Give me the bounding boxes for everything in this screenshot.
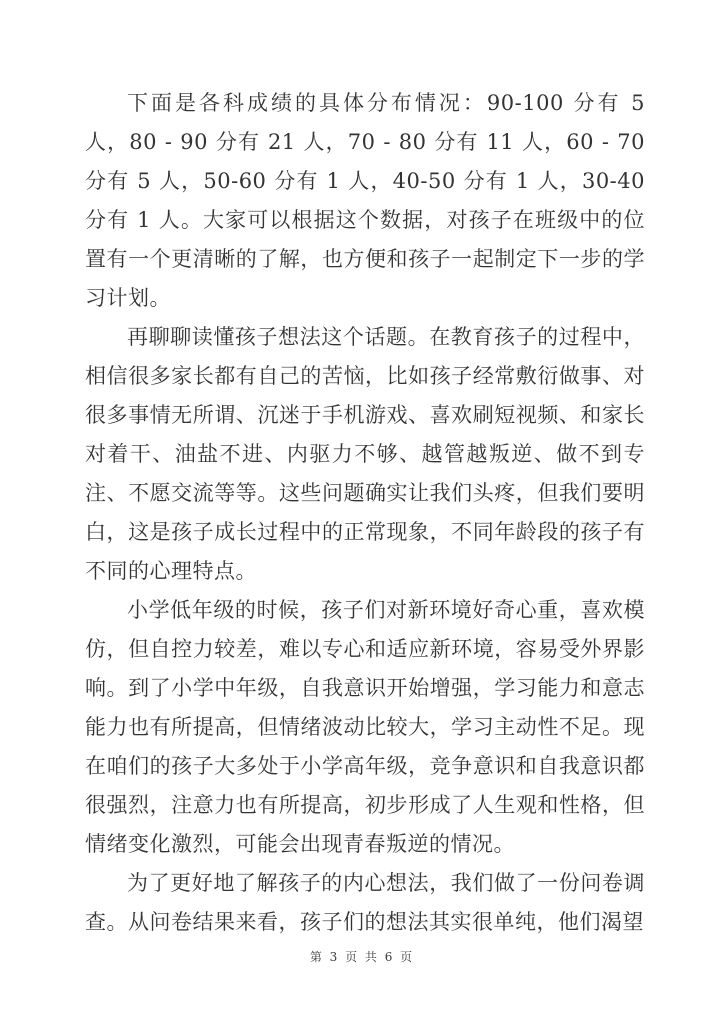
paragraph-grade-stages: 小学低年级的时候，孩子们对新环境好奇心重，喜欢模仿，但自控力较差，难以专心和适应…	[85, 591, 645, 864]
paragraph-understanding-children: 再聊聊读懂孩子想法这个话题。在教育孩子的过程中，相信很多家长都有自己的苦恼，比如…	[85, 318, 645, 591]
document-page: 下面是各科成绩的具体分布情况：90-100 分有 5 人，80 - 90 分有 …	[0, 0, 724, 1024]
paragraph-questionnaire: 为了更好地了解孩子的内心想法，我们做了一份问卷调查。从问卷结果来看，孩子们的想法…	[85, 864, 645, 942]
paragraph-score-distribution: 下面是各科成绩的具体分布情况：90-100 分有 5 人，80 - 90 分有 …	[85, 84, 645, 318]
page-number: 第 3 页 共 6 页	[310, 950, 414, 964]
page-footer: 第 3 页 共 6 页	[0, 948, 724, 965]
document-body: 下面是各科成绩的具体分布情况：90-100 分有 5 人，80 - 90 分有 …	[85, 84, 645, 950]
